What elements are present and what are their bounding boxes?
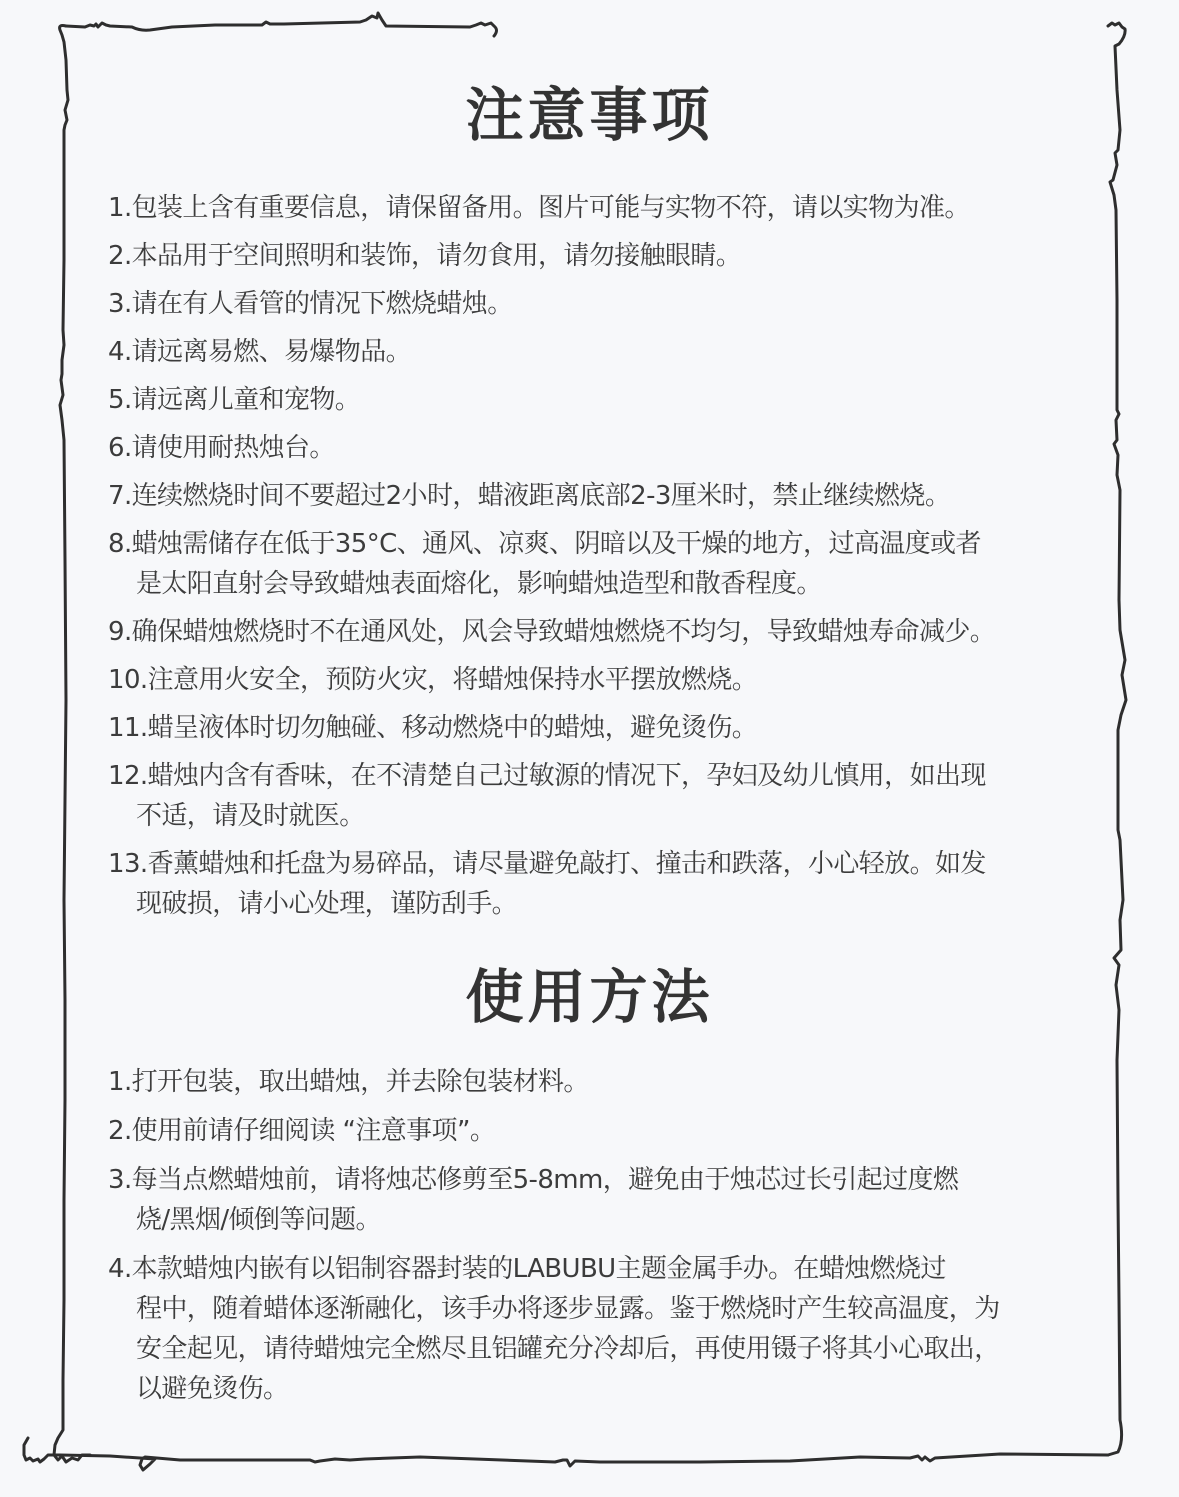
precaution-item-2: 2.本品用于空间照明和装饰，请勿食用，请勿接触眼睛。 — [108, 236, 1083, 276]
item-text-continued: 是太阳直射会导致蜡烛表面熔化，影响蜡烛造型和散香程度。 — [108, 564, 1083, 604]
item-text: 每当点燃蜡烛前，请将烛芯修剪至5-8mm，避免由于烛芯过长引起过度燃 — [132, 1165, 959, 1195]
precaution-item-10: 10.注意用火安全，预防火灾，将蜡烛保持水平摆放燃烧。 — [108, 660, 1083, 700]
usage-item-1: 1.打开包装，取出蜡烛，并去除包装材料。 — [108, 1062, 1083, 1102]
item-text-continued: 现破损，请小心处理，谨防刮手。 — [108, 884, 1083, 924]
item-number: 7. — [108, 481, 132, 511]
item-text: 本品用于空间照明和装饰，请勿食用，请勿接触眼睛。 — [132, 241, 742, 271]
precaution-item-12: 12.蜡烛内含有香味，在不清楚自己过敏源的情况下，孕妇及幼儿慎用，如出现不适，请… — [108, 756, 1083, 836]
item-text: 蜡烛需储存在低于35°C、通风、凉爽、阴暗以及干燥的地方，过高温度或者 — [132, 529, 981, 559]
usage-list: 1.打开包装，取出蜡烛，并去除包装材料。 2.使用前请仔细阅读 “注意事项”。 … — [108, 1062, 1083, 1418]
item-text: 蜡烛内含有香味，在不清楚自己过敏源的情况下，孕妇及幼儿慎用，如出现 — [148, 761, 986, 791]
precaution-item-4: 4.请远离易燃、易爆物品。 — [108, 332, 1083, 372]
item-text: 请使用耐热烛台。 — [132, 433, 335, 463]
item-text: 连续燃烧时间不要超过2小时，蜡液距离底部2-3厘米时，禁止继续燃烧。 — [132, 481, 951, 511]
item-number: 10. — [108, 665, 148, 695]
item-number: 2. — [108, 1116, 132, 1146]
item-number: 13. — [108, 849, 148, 879]
precaution-item-1: 1.包装上含有重要信息，请保留备用。图片可能与实物不符，请以实物为准。 — [108, 188, 1083, 228]
item-number: 12. — [108, 761, 148, 791]
item-text-continued: 程中，随着蜡体逐渐融化，该手办将逐步显露。鉴于燃烧时产生较高温度，为 — [108, 1289, 1083, 1329]
item-text: 包装上含有重要信息，请保留备用。图片可能与实物不符，请以实物为准。 — [132, 193, 970, 223]
precautions-list: 1.包装上含有重要信息，请保留备用。图片可能与实物不符，请以实物为准。 2.本品… — [108, 188, 1083, 932]
item-number: 9. — [108, 617, 132, 647]
item-number: 3. — [108, 1165, 132, 1195]
item-text: 请远离易燃、易爆物品。 — [132, 337, 411, 367]
precaution-item-8: 8.蜡烛需储存在低于35°C、通风、凉爽、阴暗以及干燥的地方，过高温度或者是太阳… — [108, 524, 1083, 604]
item-text-continued: 以避免烫伤。 — [108, 1369, 1083, 1409]
item-text: 注意用火安全，预防火灾，将蜡烛保持水平摆放燃烧。 — [148, 665, 758, 695]
item-number: 6. — [108, 433, 132, 463]
usage-item-4: 4.本款蜡烛内嵌有以铝制容器封装的LABUBU主题金属手办。在蜡烛燃烧过程中，随… — [108, 1249, 1083, 1409]
precaution-item-3: 3.请在有人看管的情况下燃烧蜡烛。 — [108, 284, 1083, 324]
item-text: 香薰蜡烛和托盘为易碎品，请尽量避免敲打、撞击和跌落，小心轻放。如发 — [148, 849, 986, 879]
item-text: 本款蜡烛内嵌有以铝制容器封装的LABUBU主题金属手办。在蜡烛燃烧过 — [132, 1254, 946, 1284]
item-text: 请远离儿童和宠物。 — [132, 385, 361, 415]
usage-item-3: 3.每当点燃蜡烛前，请将烛芯修剪至5-8mm，避免由于烛芯过长引起过度燃烧/黑烟… — [108, 1160, 1083, 1240]
item-number: 11. — [108, 713, 148, 743]
item-text: 确保蜡烛燃烧时不在通风处，风会导致蜡烛燃烧不均匀，导致蜡烛寿命减少。 — [132, 617, 996, 647]
precaution-item-5: 5.请远离儿童和宠物。 — [108, 380, 1083, 420]
usage-title: 使用方法 — [0, 962, 1179, 1032]
item-number: 4. — [108, 1254, 132, 1284]
item-text-continued: 烧/黑烟/倾倒等问题。 — [108, 1200, 1083, 1240]
item-number: 2. — [108, 241, 132, 271]
precaution-item-9: 9.确保蜡烛燃烧时不在通风处，风会导致蜡烛燃烧不均匀，导致蜡烛寿命减少。 — [108, 612, 1083, 652]
item-number: 5. — [108, 385, 132, 415]
item-text-continued: 安全起见，请待蜡烛完全燃尽且铝罐充分冷却后，再使用镊子将其小心取出， — [108, 1329, 1083, 1369]
item-text: 使用前请仔细阅读 “注意事项”。 — [132, 1116, 496, 1146]
precaution-item-13: 13.香薰蜡烛和托盘为易碎品，请尽量避免敲打、撞击和跌落，小心轻放。如发现破损，… — [108, 844, 1083, 924]
item-number: 4. — [108, 337, 132, 367]
item-text-continued: 不适，请及时就医。 — [108, 796, 1083, 836]
item-text: 请在有人看管的情况下燃烧蜡烛。 — [132, 289, 513, 319]
item-text: 蜡呈液体时切勿触碰、移动燃烧中的蜡烛，避免烫伤。 — [148, 713, 758, 743]
precaution-item-6: 6.请使用耐热烛台。 — [108, 428, 1083, 468]
precautions-title: 注意事项 — [0, 80, 1179, 150]
item-text: 打开包装，取出蜡烛，并去除包装材料。 — [132, 1067, 589, 1097]
usage-item-2: 2.使用前请仔细阅读 “注意事项”。 — [108, 1111, 1083, 1151]
precaution-item-11: 11.蜡呈液体时切勿触碰、移动燃烧中的蜡烛，避免烫伤。 — [108, 708, 1083, 748]
item-number: 1. — [108, 193, 132, 223]
precaution-item-7: 7.连续燃烧时间不要超过2小时，蜡液距离底部2-3厘米时，禁止继续燃烧。 — [108, 476, 1083, 516]
item-number: 1. — [108, 1067, 132, 1097]
item-number: 3. — [108, 289, 132, 319]
item-number: 8. — [108, 529, 132, 559]
